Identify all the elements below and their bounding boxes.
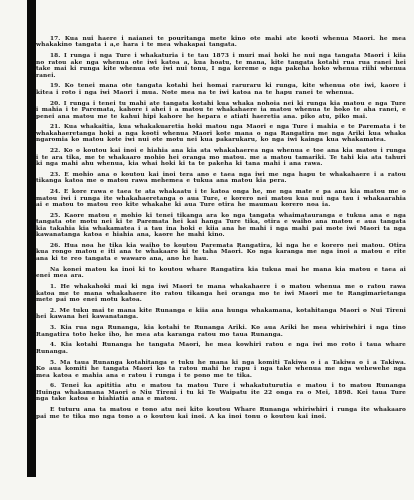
paragraph: 17. Kua nui haere i naianei te pouritang…	[36, 36, 406, 49]
paragraph: 2. Me tuku mai te mana kite Runanga e ki…	[36, 308, 406, 321]
petition-text-body: 17. Kua nui haere i naianei te pouritang…	[36, 36, 406, 425]
paragraph: 1. He whakahoki mai ki nga iwi Maori te …	[36, 284, 406, 303]
paragraph: Na konei matou ka inoi ki to koutou whar…	[36, 267, 406, 280]
paragraph: 23. E mohio ana o koutou kai inoi tera a…	[36, 172, 406, 185]
paragraph: 26. Hua noa he tika kia waiho to koutou …	[36, 243, 406, 262]
paragraph: 21. Kua whakaitia, kua whakakuaretia hok…	[36, 124, 406, 143]
paragraph: 19. Ko tenei mana ote tangata kotahi hei…	[36, 83, 406, 96]
binding-shadow-bar	[27, 0, 36, 477]
paragraph: E tuturu ana ta matou e tono atu nei kit…	[36, 407, 406, 420]
paragraph: 6. Tenei ka apititia atu e matou ta mato…	[36, 383, 406, 402]
paragraph: 4. Kia kotahi Runanga he tangata Maori, …	[36, 342, 406, 355]
document-page: 17. Kua nui haere i naianei te pouritang…	[0, 0, 414, 500]
paragraph: 3. Kia rua nga Runanga, kia kotahi te Ru…	[36, 325, 406, 338]
paragraph: 24. E kore rawa e taea te ata whakaatu i…	[36, 189, 406, 208]
paragraph: 20. I runga i tenei tu mahi ate tangata …	[36, 101, 406, 120]
paragraph: 5. Ma taua Runanga kotahitanga e tuku he…	[36, 360, 406, 379]
paragraph: 22. Ko o koutou kai inoi e hiahia ana ki…	[36, 148, 406, 167]
paragraph: 18. I runga i nga Ture i whakaturia i te…	[36, 53, 406, 79]
paragraph: 25. Kaore matou e mohio ki tenei tikanga…	[36, 213, 406, 239]
